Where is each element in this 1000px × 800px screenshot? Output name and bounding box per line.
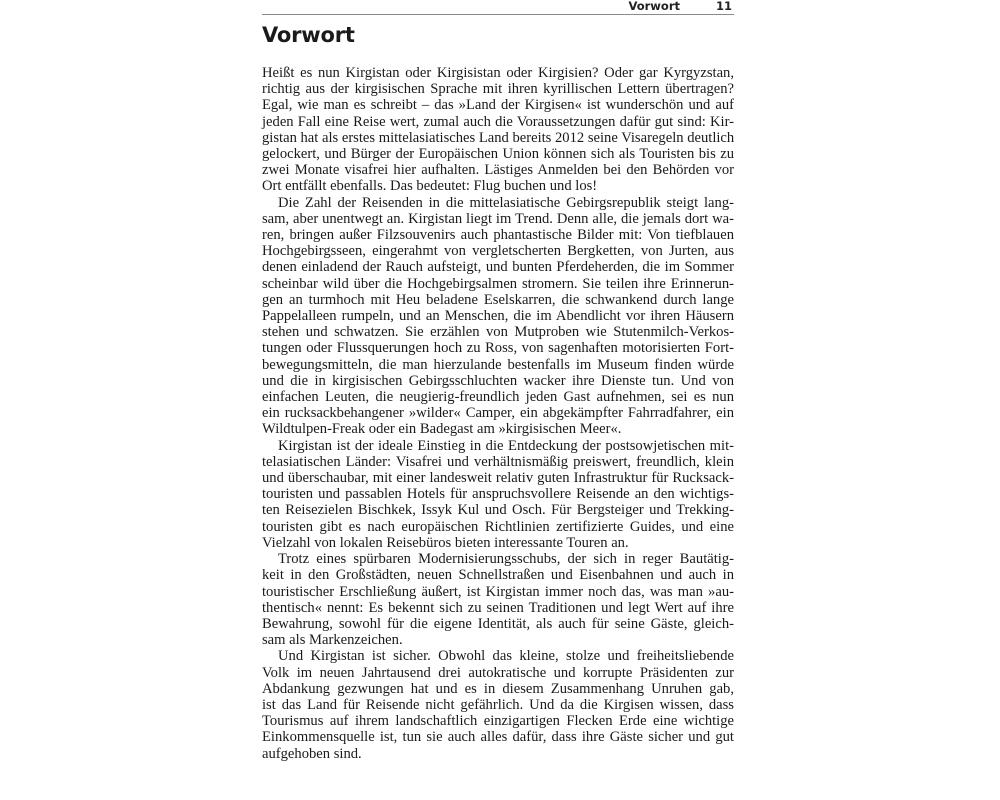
text-line: tungen oder Flussquerungen hoch zu Ross,…	[262, 340, 734, 356]
text-line: Hochgebirgsseen, eingerahmt von verglets…	[262, 243, 734, 259]
running-head: Vorwort 11	[262, 0, 734, 15]
text-line: jeden Fall eine Reise wert, zumal auch d…	[262, 114, 734, 130]
text-line: telasiatischen Länder: Visafrei und verh…	[262, 454, 734, 470]
paragraph: Heißt es nun Kirgistan oder Kirgisistan …	[262, 65, 734, 195]
text-line: Bewahrung, sowohl für die eigene Identit…	[262, 616, 734, 632]
text-line: und überschaubar, mit einer landesweit r…	[262, 470, 734, 486]
text-line: gen an turmhoch mit Heu beladene Eselska…	[262, 292, 734, 308]
text-line: ist das Land für Reisende nicht gefährli…	[262, 697, 734, 713]
body-text: Heißt es nun Kirgistan oder Kirgisistan …	[262, 65, 734, 762]
text-line: bewegungsmitteln, die man hierzulande be…	[262, 357, 734, 373]
text-line: keit in den Großstädten, neuen Schnellst…	[262, 567, 734, 583]
text-line: Abdankung gezwungen hat und es in diesem…	[262, 681, 734, 697]
paragraph: Die Zahl der Reisenden in die mittelasia…	[262, 195, 734, 438]
text-line: sam als Markenzeichen.	[262, 632, 734, 648]
text-line: und die in kirgisischen Gebirgsschluchte…	[262, 373, 734, 389]
text-line: Volk im neuen Jahrtausend drei autokrati…	[262, 665, 734, 681]
text-line: zwei Monate visafrei hier aufhalten. Läs…	[262, 162, 734, 178]
text-line: Trotz eines spürbaren Modernisierungssch…	[262, 551, 734, 567]
text-line: aufgehoben sind.	[262, 746, 734, 762]
text-line: gelockert, und Bürger der Europäischen U…	[262, 146, 734, 162]
paragraph: Und Kirgistan ist sicher. Obwohl das kle…	[262, 648, 734, 761]
text-line: touristischer Erschließung äußert, ist K…	[262, 584, 734, 600]
text-line: gistan hat als erstes mittelasiatisches …	[262, 130, 734, 146]
text-line: Und Kirgistan ist sicher. Obwohl das kle…	[262, 648, 734, 664]
text-line: touristen gibt es nach europäischen Rich…	[262, 519, 734, 535]
text-line: Tourismus auf ihrem landschaftlich einzi…	[262, 713, 734, 729]
page-number: 11	[716, 0, 732, 12]
text-line: Heißt es nun Kirgistan oder Kirgisistan …	[262, 65, 734, 81]
text-line: Egal, wie man es schreibt – das »Land de…	[262, 97, 734, 113]
text-line: sam, aber unentwegt an. Kirgistan liegt …	[262, 211, 734, 227]
chapter-title: Vorwort	[262, 22, 734, 48]
paragraph: Kirgistan ist der ideale Einstieg in die…	[262, 438, 734, 551]
text-line: Die Zahl der Reisenden in die mittelasia…	[262, 195, 734, 211]
text-line: einfachen Leuten, die neugierig-freundli…	[262, 389, 734, 405]
text-line: richtig aus der kirgisischen Sprache mit…	[262, 81, 734, 97]
running-head-title: Vorwort	[628, 0, 680, 12]
text-line: Pappelalleen rumpeln, und an Menschen, d…	[262, 308, 734, 324]
text-line: ten Reisezielen Bischkek, Issyk Kul und …	[262, 502, 734, 518]
paragraph: Trotz eines spürbaren Modernisierungssch…	[262, 551, 734, 648]
text-line: thentisch« nennt: Es bekennt sich zu sei…	[262, 600, 734, 616]
text-line: ein rucksackbehangener »wilder« Camper, …	[262, 405, 734, 421]
text-line: Kirgistan ist der ideale Einstieg in die…	[262, 438, 734, 454]
text-line: Einkommensquelle ist, tun sie auch alles…	[262, 729, 734, 745]
text-line: denen einladend der Rauch aufsteigt, und…	[262, 259, 734, 275]
text-line: touristen und passablen Hotels für anspr…	[262, 486, 734, 502]
text-line: ren, bringen außer Filzsouvenirs auch ph…	[262, 227, 734, 243]
book-page: Vorwort 11 Vorwort Heißt es nun Kirgista…	[262, 0, 734, 762]
text-line: scheinbar wild über die Hochgebirgsalmen…	[262, 276, 734, 292]
text-line: Vielzahl von lokalen Reisebüros bieten i…	[262, 535, 734, 551]
text-line: Wildtulpen-Freak oder ein Badegast am »k…	[262, 421, 734, 437]
text-line: stehen und schwatzen. Sie erzählen von M…	[262, 324, 734, 340]
text-line: Ort entfällt ebenfalls. Das bedeutet: Fl…	[262, 178, 734, 194]
